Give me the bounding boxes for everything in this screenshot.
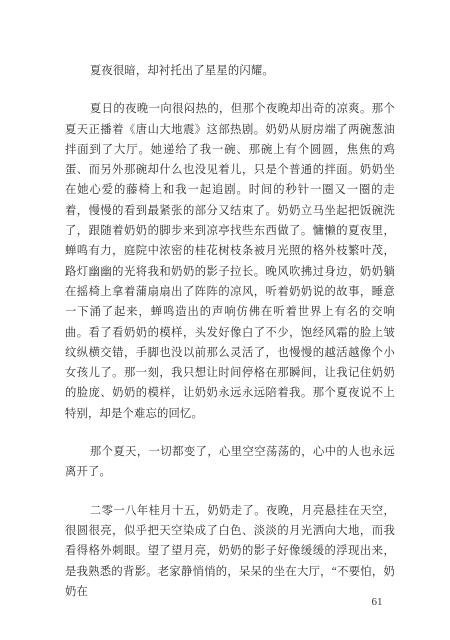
document-page: 夏夜很暗，却衬托出了星星的闪耀。 夏日的夜晚一向很闷热的，但那个夜晚却出奇的凉爽… [0,0,450,640]
page-number: 61 [366,596,388,608]
paragraph: 夏夜很暗，却衬托出了星星的闪耀。 [65,61,395,81]
paragraph: 夏日的夜晚一向很闷热的，但那个夜晚却出奇的凉爽。那个夏天正播着《唐山大地震》这部… [65,99,395,424]
paragraph: 二零一八年桂月十五，奶奶走了。夜晚，月亮悬挂在天空，很圆很亮，似乎把天空染成了白… [65,501,395,602]
text-block: 夏夜很暗，却衬托出了星星的闪耀。 夏日的夜晚一向很闷热的，但那个夜晚却出奇的凉爽… [65,61,395,620]
paragraph: 那个夏天，一切都变了，心里空空荡荡的，心中的人也永远离开了。 [65,442,395,483]
